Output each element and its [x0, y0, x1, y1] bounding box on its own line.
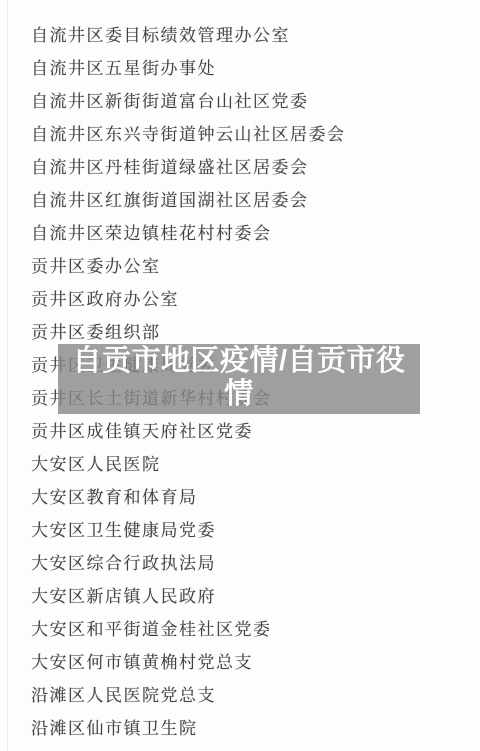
list-item: 贡井区委组织部	[0, 314, 480, 347]
list-item: 贡井区委办公室	[0, 248, 480, 281]
list-item: 自流井区东兴寺街道钟云山社区居委会	[0, 116, 480, 149]
list-item: 大安区人民医院	[0, 446, 480, 479]
list-item: 贡井区成佳镇天府社区党委	[0, 413, 480, 446]
list-item: 大安区新店镇人民政府	[0, 578, 480, 611]
list-item: 沿滩区仙市镇卫生院	[0, 710, 480, 743]
document-page: 自流井区委目标绩效管理办公室自流井区五星街办事处自流井区新街街道富台山社区党委自…	[0, 0, 480, 751]
list-item: 自流井区新街街道富台山社区党委	[0, 83, 480, 116]
list-item: 大安区综合行政执法局	[0, 545, 480, 578]
list-item: 自流井区委目标绩效管理办公室	[0, 17, 480, 50]
watermark-overlay: 自贡市地区疫情/自贡市役情	[58, 344, 420, 414]
list-item: 沿滩区人民医院党总支	[0, 677, 480, 710]
watermark-text: 自贡市地区疫情/自贡市役情	[69, 345, 409, 411]
list-item: 大安区卫生健康局党委	[0, 512, 480, 545]
list-item: 大安区何市镇黄桷村党总支	[0, 644, 480, 677]
list-item: 自流井区五星街办事处	[0, 50, 480, 83]
list-item: 大安区和平街道金桂社区党委	[0, 611, 480, 644]
list-item: 自流井区荣边镇桂花村村委会	[0, 215, 480, 248]
list-item: 自流井区丹桂街道绿盛社区居委会	[0, 149, 480, 182]
list-item: 贡井区政府办公室	[0, 281, 480, 314]
list-item: 大安区教育和体育局	[0, 479, 480, 512]
list-item: 自流井区红旗街道国湖社区居委会	[0, 182, 480, 215]
